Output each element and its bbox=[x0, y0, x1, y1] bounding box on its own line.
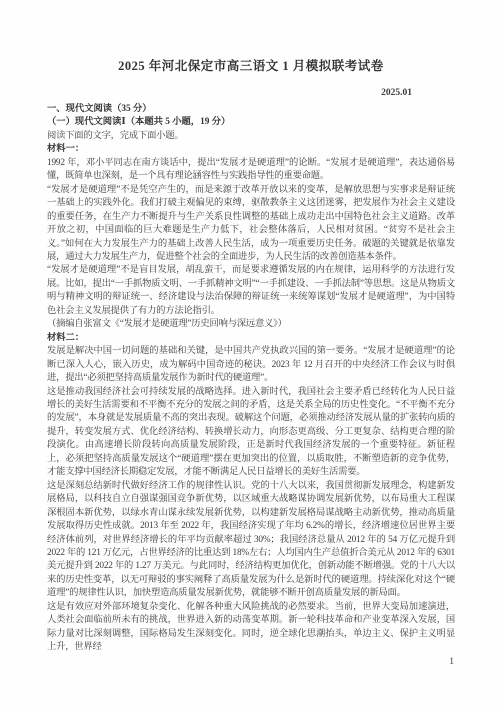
material-2-paragraph-3: 这是深刻总结新时代做好经济工作的规律性认识。党的十八大以来，我国贯彻新发展理念，… bbox=[47, 480, 455, 601]
exam-paper-page: 2025 年河北保定市高三语文 1 月模拟联考试卷 2025.01 一、现代文阅… bbox=[0, 0, 500, 708]
page-number: 1 bbox=[449, 657, 454, 667]
material-2-paragraph-4: 这是有效应对外部环境复杂变化、化解各种重大风险挑战的必然要求。当前，世界大变局加… bbox=[47, 601, 455, 655]
section-heading-modern-reading: 一、现代文阅读（35 分） bbox=[47, 103, 455, 116]
material-1-attribution: （摘编自张富文《“发展才是硬道理”历史回响与深远意义》） bbox=[47, 318, 455, 331]
document-title: 2025 年河北保定市高三语文 1 月模拟联考试卷 bbox=[47, 57, 455, 75]
material-1-paragraph-3: “发展才是硬道理”不是盲目发展，胡乱蛮干，而是要求遵循发展的内在规律，运用科学的… bbox=[47, 264, 455, 318]
material-2-paragraph-2: 这是推动我国经济社会可持续发展的战略选择。进入新时代，我国社会主要矛盾已经转化为… bbox=[47, 386, 455, 480]
subsection-heading-reading-1: （一）现代文阅读Ⅰ（本题共 5 小题，19 分） bbox=[47, 116, 455, 129]
document-date: 2025.01 bbox=[47, 88, 455, 98]
page-content: 2025 年河北保定市高三语文 1 月模拟联考试卷 2025.01 一、现代文阅… bbox=[0, 0, 500, 655]
material-1-paragraph-2: “发展才是硬道理”不是凭空产生的，而是来源于改革开放以来的变革，是解放思想与实事… bbox=[47, 184, 455, 265]
material-1-paragraph-1: 1992 年，邓小平同志在南方谈话中，提出“发展才是硬道理”的论断。“发展才是硬… bbox=[47, 157, 455, 184]
material-2-label: 材料二： bbox=[47, 332, 455, 345]
material-2-paragraph-1: 发展是解决中国一切问题的基础和关键，是中国共产党执政兴国的第一要务。“发展才是硬… bbox=[47, 345, 455, 385]
material-1-label: 材料一： bbox=[47, 143, 455, 156]
instruction-text: 阅读下面的文字，完成下面小题。 bbox=[47, 130, 455, 143]
